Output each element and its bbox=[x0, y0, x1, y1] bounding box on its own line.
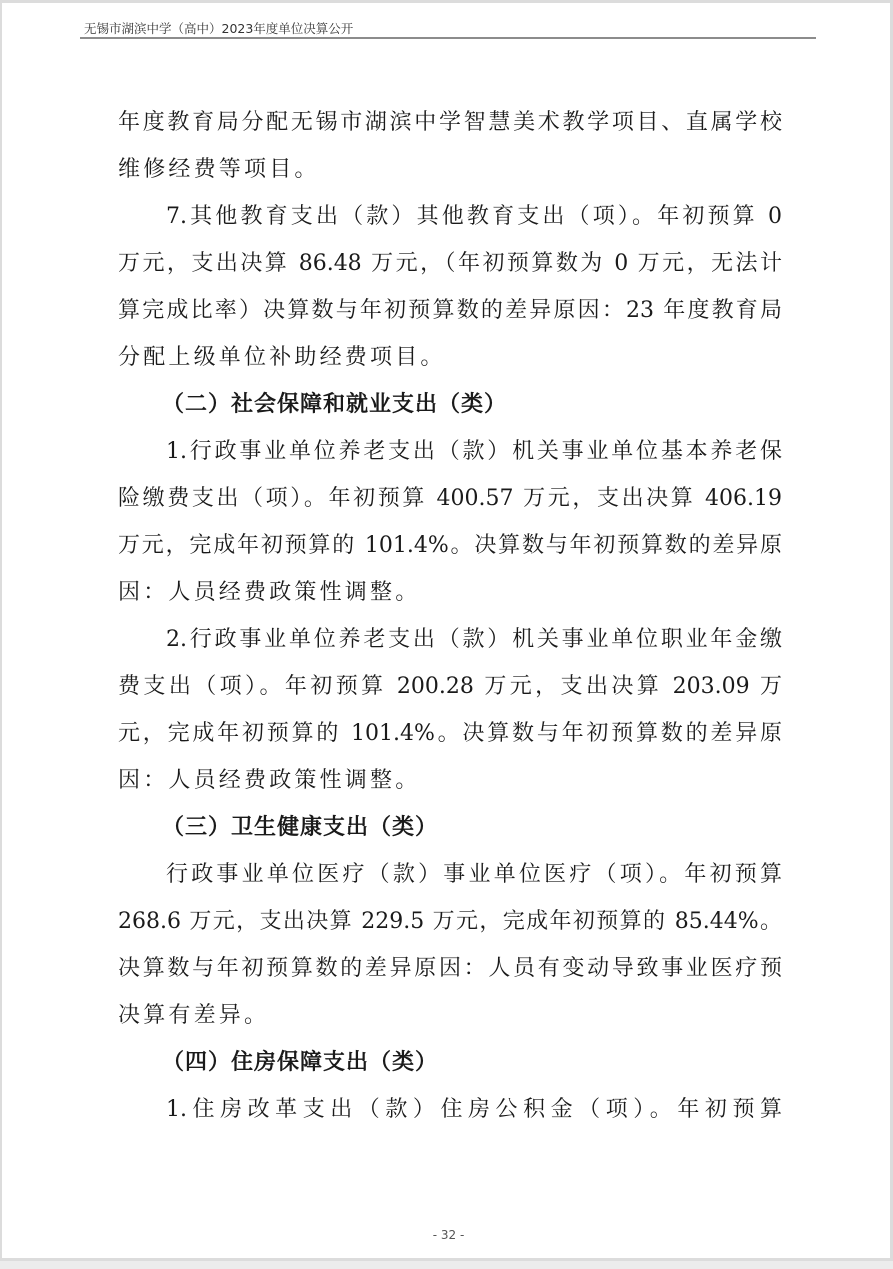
paragraph-line: 行政事业单位医疗（款）事业单位医疗（项）。年初预算 bbox=[166, 859, 782, 891]
paragraph-line: 元，完成年初预算的 101.4%。决算数与年初预算数的差异原 bbox=[118, 718, 782, 750]
paragraph-line: 维修经费等项目。 bbox=[118, 154, 320, 186]
paragraph-line: 算完成比率）决算数与年初预算数的差异原因：23 年度教育局 bbox=[118, 295, 782, 327]
paragraph-line: 7.其他教育支出（款）其他教育支出（项）。年初预算 0 bbox=[166, 201, 782, 233]
section-heading: （二）社会保障和就业支出（类） bbox=[162, 389, 507, 421]
paragraph-line: 1.住房改革支出（款）住房公积金（项）。年初预算 bbox=[166, 1094, 782, 1126]
paragraph-line: 费支出（项）。年初预算 200.28 万元，支出决算 203.09 万 bbox=[118, 671, 782, 703]
paragraph-line: 险缴费支出（项）。年初预算 400.57 万元，支出决算 406.19 bbox=[118, 483, 782, 515]
paragraph-line: 2.行政事业单位养老支出（款）机关事业单位职业年金缴 bbox=[166, 624, 782, 656]
section-heading: （四）住房保障支出（类） bbox=[162, 1047, 438, 1079]
paragraph-line: 年度教育局分配无锡市湖滨中学智慧美术教学项目、直属学校 bbox=[118, 107, 782, 139]
document-page: 无锡市湖滨中学（高中）2023年度单位决算公开 年度教育局分配无锡市湖滨中学智慧… bbox=[0, 0, 893, 1261]
paragraph-line: 1.行政事业单位养老支出（款）机关事业单位基本养老保 bbox=[166, 436, 782, 468]
paragraph-line: 决算有差异。 bbox=[118, 1000, 269, 1032]
paragraph-line: 万元，支出决算 86.48 万元，（年初预算数为 0 万元，无法计 bbox=[118, 248, 782, 280]
paragraph-line: 268.6 万元，支出决算 229.5 万元，完成年初预算的 85.44%。 bbox=[118, 906, 782, 938]
paragraph-line: 决算数与年初预算数的差异原因：人员有变动导致事业医疗预 bbox=[118, 953, 782, 985]
section-heading: （三）卫生健康支出（类） bbox=[162, 812, 438, 844]
paragraph-line: 万元，完成年初预算的 101.4%。决算数与年初预算数的差异原 bbox=[118, 530, 782, 562]
paragraph-line: 分配上级单位补助经费项目。 bbox=[118, 342, 446, 374]
page-header: 无锡市湖滨中学（高中）2023年度单位决算公开 bbox=[80, 17, 816, 39]
paragraph-line: 因：人员经费政策性调整。 bbox=[118, 577, 420, 609]
paragraph-line: 因：人员经费政策性调整。 bbox=[118, 765, 420, 797]
header-title: 无锡市湖滨中学（高中）2023年度单位决算公开 bbox=[84, 19, 353, 37]
page-number: - 32 - bbox=[2, 1228, 893, 1242]
